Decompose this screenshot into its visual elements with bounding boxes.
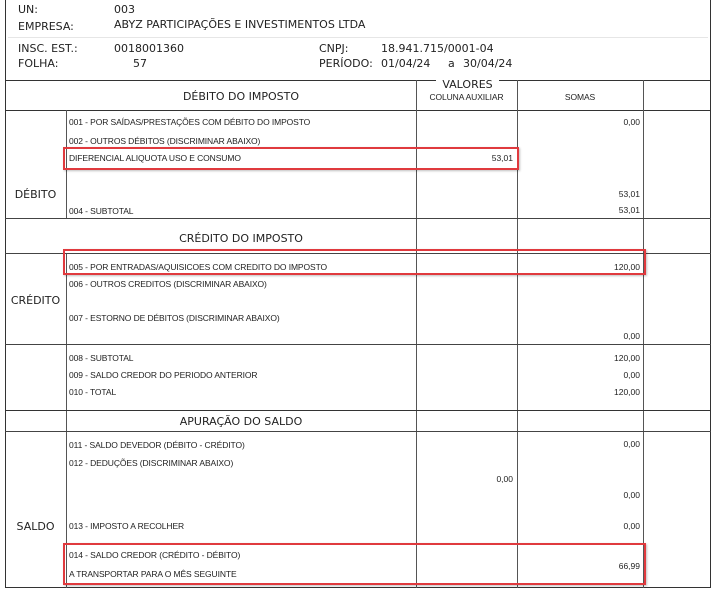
table-row-label: 012 - DEDUÇÕES (DISCRIMINAR ABAIXO) [69,458,233,468]
table-row-soma: 0,00 [517,439,640,449]
folha-label: FOLHA: [18,57,58,70]
periodo-label: PERÍODO: [319,57,373,70]
col-divider-extra [643,80,644,588]
col-header-aux: COLUNA AUXILIAR [416,92,517,102]
table-row-label: 004 - SUBTOTAL [69,206,133,216]
side-divider-saldo [66,410,67,588]
table-row-label: 001 - POR SAÍDAS/PRESTAÇÕES COM DÉBITO D… [69,117,310,127]
border-bottom [5,587,711,588]
table-row-label: 013 - IMPOSTO A RECOLHER [69,521,184,531]
table-row-soma: 120,00 [517,353,640,363]
table-row-label: 009 - SALDO CREDOR DO PERIODO ANTERIOR [69,370,257,380]
table-row-label-2: A TRANSPORTAR PARA O MÊS SEGUINTE [69,569,237,579]
table-row-label: 011 - SALDO DEVEDOR (DÉBITO - CRÉDITO) [69,440,245,450]
un-label: UN: [18,3,38,16]
col-header-somas: SOMAS [517,92,643,102]
cnpj-value: 18.941.715/0001-04 [381,42,494,55]
insc-label: INSC. EST.: [18,42,78,55]
periodo-end: 30/04/24 [463,57,512,70]
table-row-label: 010 - TOTAL [69,387,116,397]
table-row-label: 002 - OUTROS DÉBITOS (DISCRIMINAR ABAIXO… [69,136,260,146]
table-row-soma: 120,00 [517,387,640,397]
table-row-soma: 0,00 [517,370,640,380]
table-row-soma: 53,01 [517,205,640,215]
line-credito-top [5,218,711,219]
un-value: 003 [114,3,135,16]
side-divider-debito [66,110,67,218]
empresa-label: EMPRESA: [18,20,74,33]
debito-side-label: DÉBITO [5,188,66,201]
table-row-label: 007 - ESTORNO DE DÉBITOS (DISCRIMINAR AB… [69,313,280,323]
periodo-sep: a [448,57,455,70]
table-row-label: 014 - SALDO CREDOR (CRÉDITO - DÉBITO) [69,550,240,560]
saldo-side-label: SALDO [5,520,66,533]
table-row-soma: 120,00 [517,262,640,272]
side-divider-credito [66,253,67,410]
insc-value: 0018001360 [114,42,184,55]
line-saldo-rows [5,431,711,432]
credito-side-label: CRÉDITO [5,294,66,307]
saldo-section-title: APURAÇÃO DO SALDO [66,415,416,428]
table-row-soma: 53,01 [517,189,640,199]
table-row-label: DIFERENCIAL ALIQUOTA USO E CONSUMO [69,153,241,163]
table-row-soma: 0,00 [517,490,640,500]
table-row-aux: 53,01 [416,153,513,163]
valores-label: VALORES [436,78,498,91]
credito-section-title: CRÉDITO DO IMPOSTO [66,232,416,245]
col-header-line [5,110,711,111]
table-row-soma: 66,99 [517,561,640,571]
table-row-label: 008 - SUBTOTAL [69,353,133,363]
table-row-aux: 0,00 [416,474,513,484]
table-row-soma: 0,00 [517,331,640,341]
table-row-label: 005 - POR ENTRADAS/AQUISICOES COM CREDIT… [69,262,327,272]
line-credito-totals [5,344,711,345]
header-separator [8,37,708,38]
cnpj-label: CNPJ: [319,42,349,55]
empresa-value: ABYZ PARTICIPAÇÕES E INVESTIMENTOS LTDA [114,18,365,31]
table-row-soma: 0,00 [517,117,640,127]
periodo-start: 01/04/24 [381,57,430,70]
line-saldo-top [5,410,711,411]
folha-value: 57 [133,57,147,70]
table-row-label: 006 - OUTROS CREDITOS (DISCRIMINAR ABAIX… [69,279,267,289]
debito-section-title: DÉBITO DO IMPOSTO [66,90,416,103]
line-credito-rows [5,253,711,254]
table-row-soma: 0,00 [517,521,640,531]
